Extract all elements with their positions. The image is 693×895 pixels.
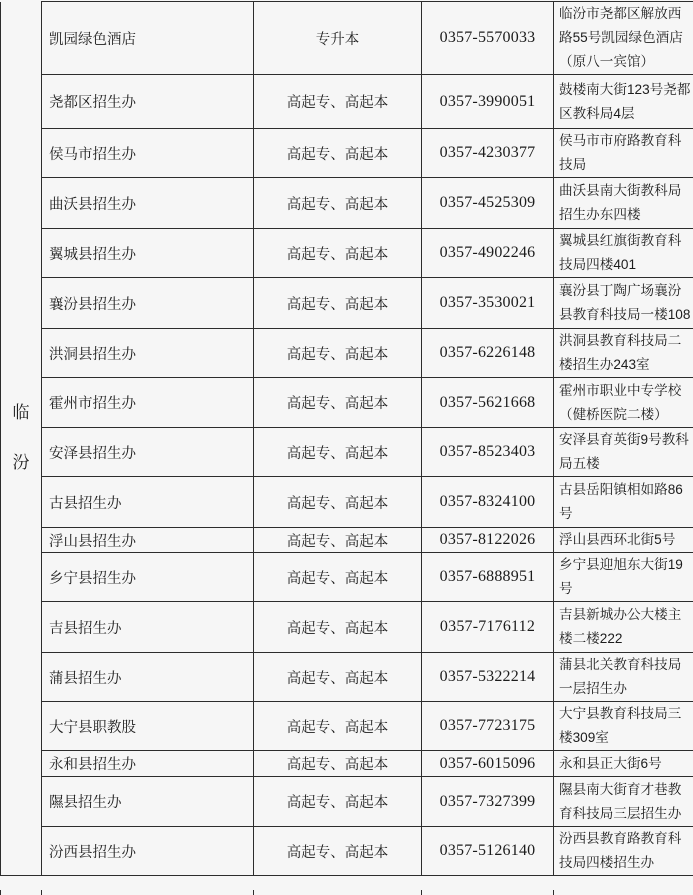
address-cell: 永和县正大街6号 <box>554 751 693 777</box>
phone-number-cell: 0357-6015096 <box>422 751 554 777</box>
enrollment-contacts-page: 临 汾 凯园绿色酒店 专升本 0357-5570033 临汾市尧都区解放西 路5… <box>0 0 693 895</box>
office-name-cell: 凯园绿色酒店 <box>42 2 254 75</box>
study-level-cell: 高起专、高起本 <box>254 751 422 777</box>
address-cell: 汾西县教育路教育科 技局四楼招生办 <box>554 827 693 876</box>
table-row: 蒲县招生办 高起专、高起本 0357-5322214 蒲县北关教育科技局 一层招… <box>1 653 693 702</box>
office-name-cell: 侯马市招生办 <box>42 129 254 178</box>
office-name-cell: 曲沃县招生办 <box>42 178 254 229</box>
next-row-border-stub <box>421 890 422 895</box>
office-name-cell: 安泽县招生办 <box>42 428 254 477</box>
phone-number-cell: 0357-4525309 <box>422 178 554 229</box>
next-row-border-stub <box>253 890 254 895</box>
table-row: 侯马市招生办 高起专、高起本 0357-4230377 侯马市市府路教育科 技局 <box>1 129 693 178</box>
address-cell: 蒲县北关教育科技局 一层招生办 <box>554 653 693 702</box>
study-level-cell: 高起专、高起本 <box>254 75 422 129</box>
study-level-cell: 高起专、高起本 <box>254 528 422 553</box>
address-cell: 大宁县教育科技局三 楼309室 <box>554 702 693 751</box>
office-name-cell: 大宁县职教股 <box>42 702 254 751</box>
address-cell: 浮山县西环北街5号 <box>554 528 693 553</box>
table-row: 襄汾县招生办 高起专、高起本 0357-3530021 襄汾县丁陶广场襄汾 县教… <box>1 278 693 329</box>
phone-number-cell: 0357-6226148 <box>422 329 554 378</box>
region-label: 临 汾 <box>13 403 30 472</box>
phone-number-cell: 0357-4230377 <box>422 129 554 178</box>
table-row: 翼城县招生办 高起专、高起本 0357-4902246 翼城县红旗街教育科 技局… <box>1 229 693 278</box>
phone-number-cell: 0357-5126140 <box>422 827 554 876</box>
study-level-cell: 高起专、高起本 <box>254 827 422 876</box>
table-row: 乡宁县招生办 高起专、高起本 0357-6888951 乡宁县迎旭东大街19 号 <box>1 553 693 602</box>
table-row: 浮山县招生办 高起专、高起本 0357-8122026 浮山县西环北街5号 <box>1 528 693 553</box>
phone-number-cell: 0357-8523403 <box>422 428 554 477</box>
table-row: 永和县招生办 高起专、高起本 0357-6015096 永和县正大街6号 <box>1 751 693 777</box>
phone-number-cell: 0357-3530021 <box>422 278 554 329</box>
address-cell: 洪洞县教育科技局二 楼招生办243室 <box>554 329 693 378</box>
phone-number-cell: 0357-7723175 <box>422 702 554 751</box>
table-row: 曲沃县招生办 高起专、高起本 0357-4525309 曲沃县南大街教科局 招生… <box>1 178 693 229</box>
study-level-cell: 高起专、高起本 <box>254 653 422 702</box>
address-cell: 侯马市市府路教育科 技局 <box>554 129 693 178</box>
office-name-cell: 尧都区招生办 <box>42 75 254 129</box>
office-name-cell: 汾西县招生办 <box>42 827 254 876</box>
address-cell: 翼城县红旗街教育科 技局四楼401 <box>554 229 693 278</box>
address-cell: 襄汾县丁陶广场襄汾 县教育科技局一楼108 <box>554 278 693 329</box>
table-row: 隰县招生办 高起专、高起本 0357-7327399 隰县南大街育才巷教 育科技… <box>1 777 693 827</box>
phone-number-cell: 0357-4902246 <box>422 229 554 278</box>
office-name-cell: 乡宁县招生办 <box>42 553 254 602</box>
office-name-cell: 浮山县招生办 <box>42 528 254 553</box>
study-level-cell: 高起专、高起本 <box>254 178 422 229</box>
address-cell: 吉县新城办公大楼主 楼二楼222 <box>554 602 693 653</box>
enrollment-offices-table: 临 汾 凯园绿色酒店 专升本 0357-5570033 临汾市尧都区解放西 路5… <box>0 1 693 876</box>
office-name-cell: 洪洞县招生办 <box>42 329 254 378</box>
table-row: 大宁县职教股 高起专、高起本 0357-7723175 大宁县教育科技局三 楼3… <box>1 702 693 751</box>
address-cell: 古县岳阳镇相如路86 号 <box>554 477 693 528</box>
region-label-cell: 临 汾 <box>1 2 42 876</box>
table-row: 尧都区招生办 高起专、高起本 0357-3990051 鼓楼南大街123号尧都 … <box>1 75 693 129</box>
study-level-cell: 高起专、高起本 <box>254 229 422 278</box>
table-row: 吉县招生办 高起专、高起本 0357-7176112 吉县新城办公大楼主 楼二楼… <box>1 602 693 653</box>
office-name-cell: 吉县招生办 <box>42 602 254 653</box>
study-level-cell: 高起专、高起本 <box>254 553 422 602</box>
study-level-cell: 高起专、高起本 <box>254 428 422 477</box>
office-name-cell: 霍州市招生办 <box>42 378 254 428</box>
office-name-cell: 蒲县招生办 <box>42 653 254 702</box>
table-row: 霍州市招生办 高起专、高起本 0357-5621668 霍州市职业中专学校 （健… <box>1 378 693 428</box>
address-cell: 乡宁县迎旭东大街19 号 <box>554 553 693 602</box>
study-level-cell: 高起专、高起本 <box>254 477 422 528</box>
next-row-border-stub <box>41 890 42 895</box>
address-cell: 安泽县育英街9号教科 局五楼 <box>554 428 693 477</box>
study-level-cell: 高起专、高起本 <box>254 378 422 428</box>
table-row: 安泽县招生办 高起专、高起本 0357-8523403 安泽县育英街9号教科 局… <box>1 428 693 477</box>
study-level-cell: 高起专、高起本 <box>254 702 422 751</box>
address-cell: 隰县南大街育才巷教 育科技局三层招生办 <box>554 777 693 827</box>
address-cell: 曲沃县南大街教科局 招生办东四楼 <box>554 178 693 229</box>
office-name-cell: 永和县招生办 <box>42 751 254 777</box>
phone-number-cell: 0357-5621668 <box>422 378 554 428</box>
office-name-cell: 襄汾县招生办 <box>42 278 254 329</box>
study-level-cell: 高起专、高起本 <box>254 129 422 178</box>
phone-number-cell: 0357-8122026 <box>422 528 554 553</box>
address-cell: 临汾市尧都区解放西 路55号凯园绿色酒店 （原八一宾馆） <box>554 2 693 75</box>
next-row-border-stub <box>553 890 554 895</box>
phone-number-cell: 0357-6888951 <box>422 553 554 602</box>
office-name-cell: 隰县招生办 <box>42 777 254 827</box>
phone-number-cell: 0357-8324100 <box>422 477 554 528</box>
table-row: 洪洞县招生办 高起专、高起本 0357-6226148 洪洞县教育科技局二 楼招… <box>1 329 693 378</box>
next-row-border-stub <box>0 890 1 895</box>
study-level-cell: 高起专、高起本 <box>254 602 422 653</box>
office-name-cell: 翼城县招生办 <box>42 229 254 278</box>
table-row: 汾西县招生办 高起专、高起本 0357-5126140 汾西县教育路教育科 技局… <box>1 827 693 876</box>
phone-number-cell: 0357-3990051 <box>422 75 554 129</box>
phone-number-cell: 0357-5570033 <box>422 2 554 75</box>
office-name-cell: 古县招生办 <box>42 477 254 528</box>
phone-number-cell: 0357-7176112 <box>422 602 554 653</box>
table-row: 临 汾 凯园绿色酒店 专升本 0357-5570033 临汾市尧都区解放西 路5… <box>1 2 693 75</box>
study-level-cell: 高起专、高起本 <box>254 278 422 329</box>
study-level-cell: 高起专、高起本 <box>254 777 422 827</box>
study-level-cell: 高起专、高起本 <box>254 329 422 378</box>
address-cell: 霍州市职业中专学校 （健桥医院二楼） <box>554 378 693 428</box>
phone-number-cell: 0357-5322214 <box>422 653 554 702</box>
study-level-cell: 专升本 <box>254 2 422 75</box>
table-row: 古县招生办 高起专、高起本 0357-8324100 古县岳阳镇相如路86 号 <box>1 477 693 528</box>
address-cell: 鼓楼南大街123号尧都 区教科局4层 <box>554 75 693 129</box>
phone-number-cell: 0357-7327399 <box>422 777 554 827</box>
